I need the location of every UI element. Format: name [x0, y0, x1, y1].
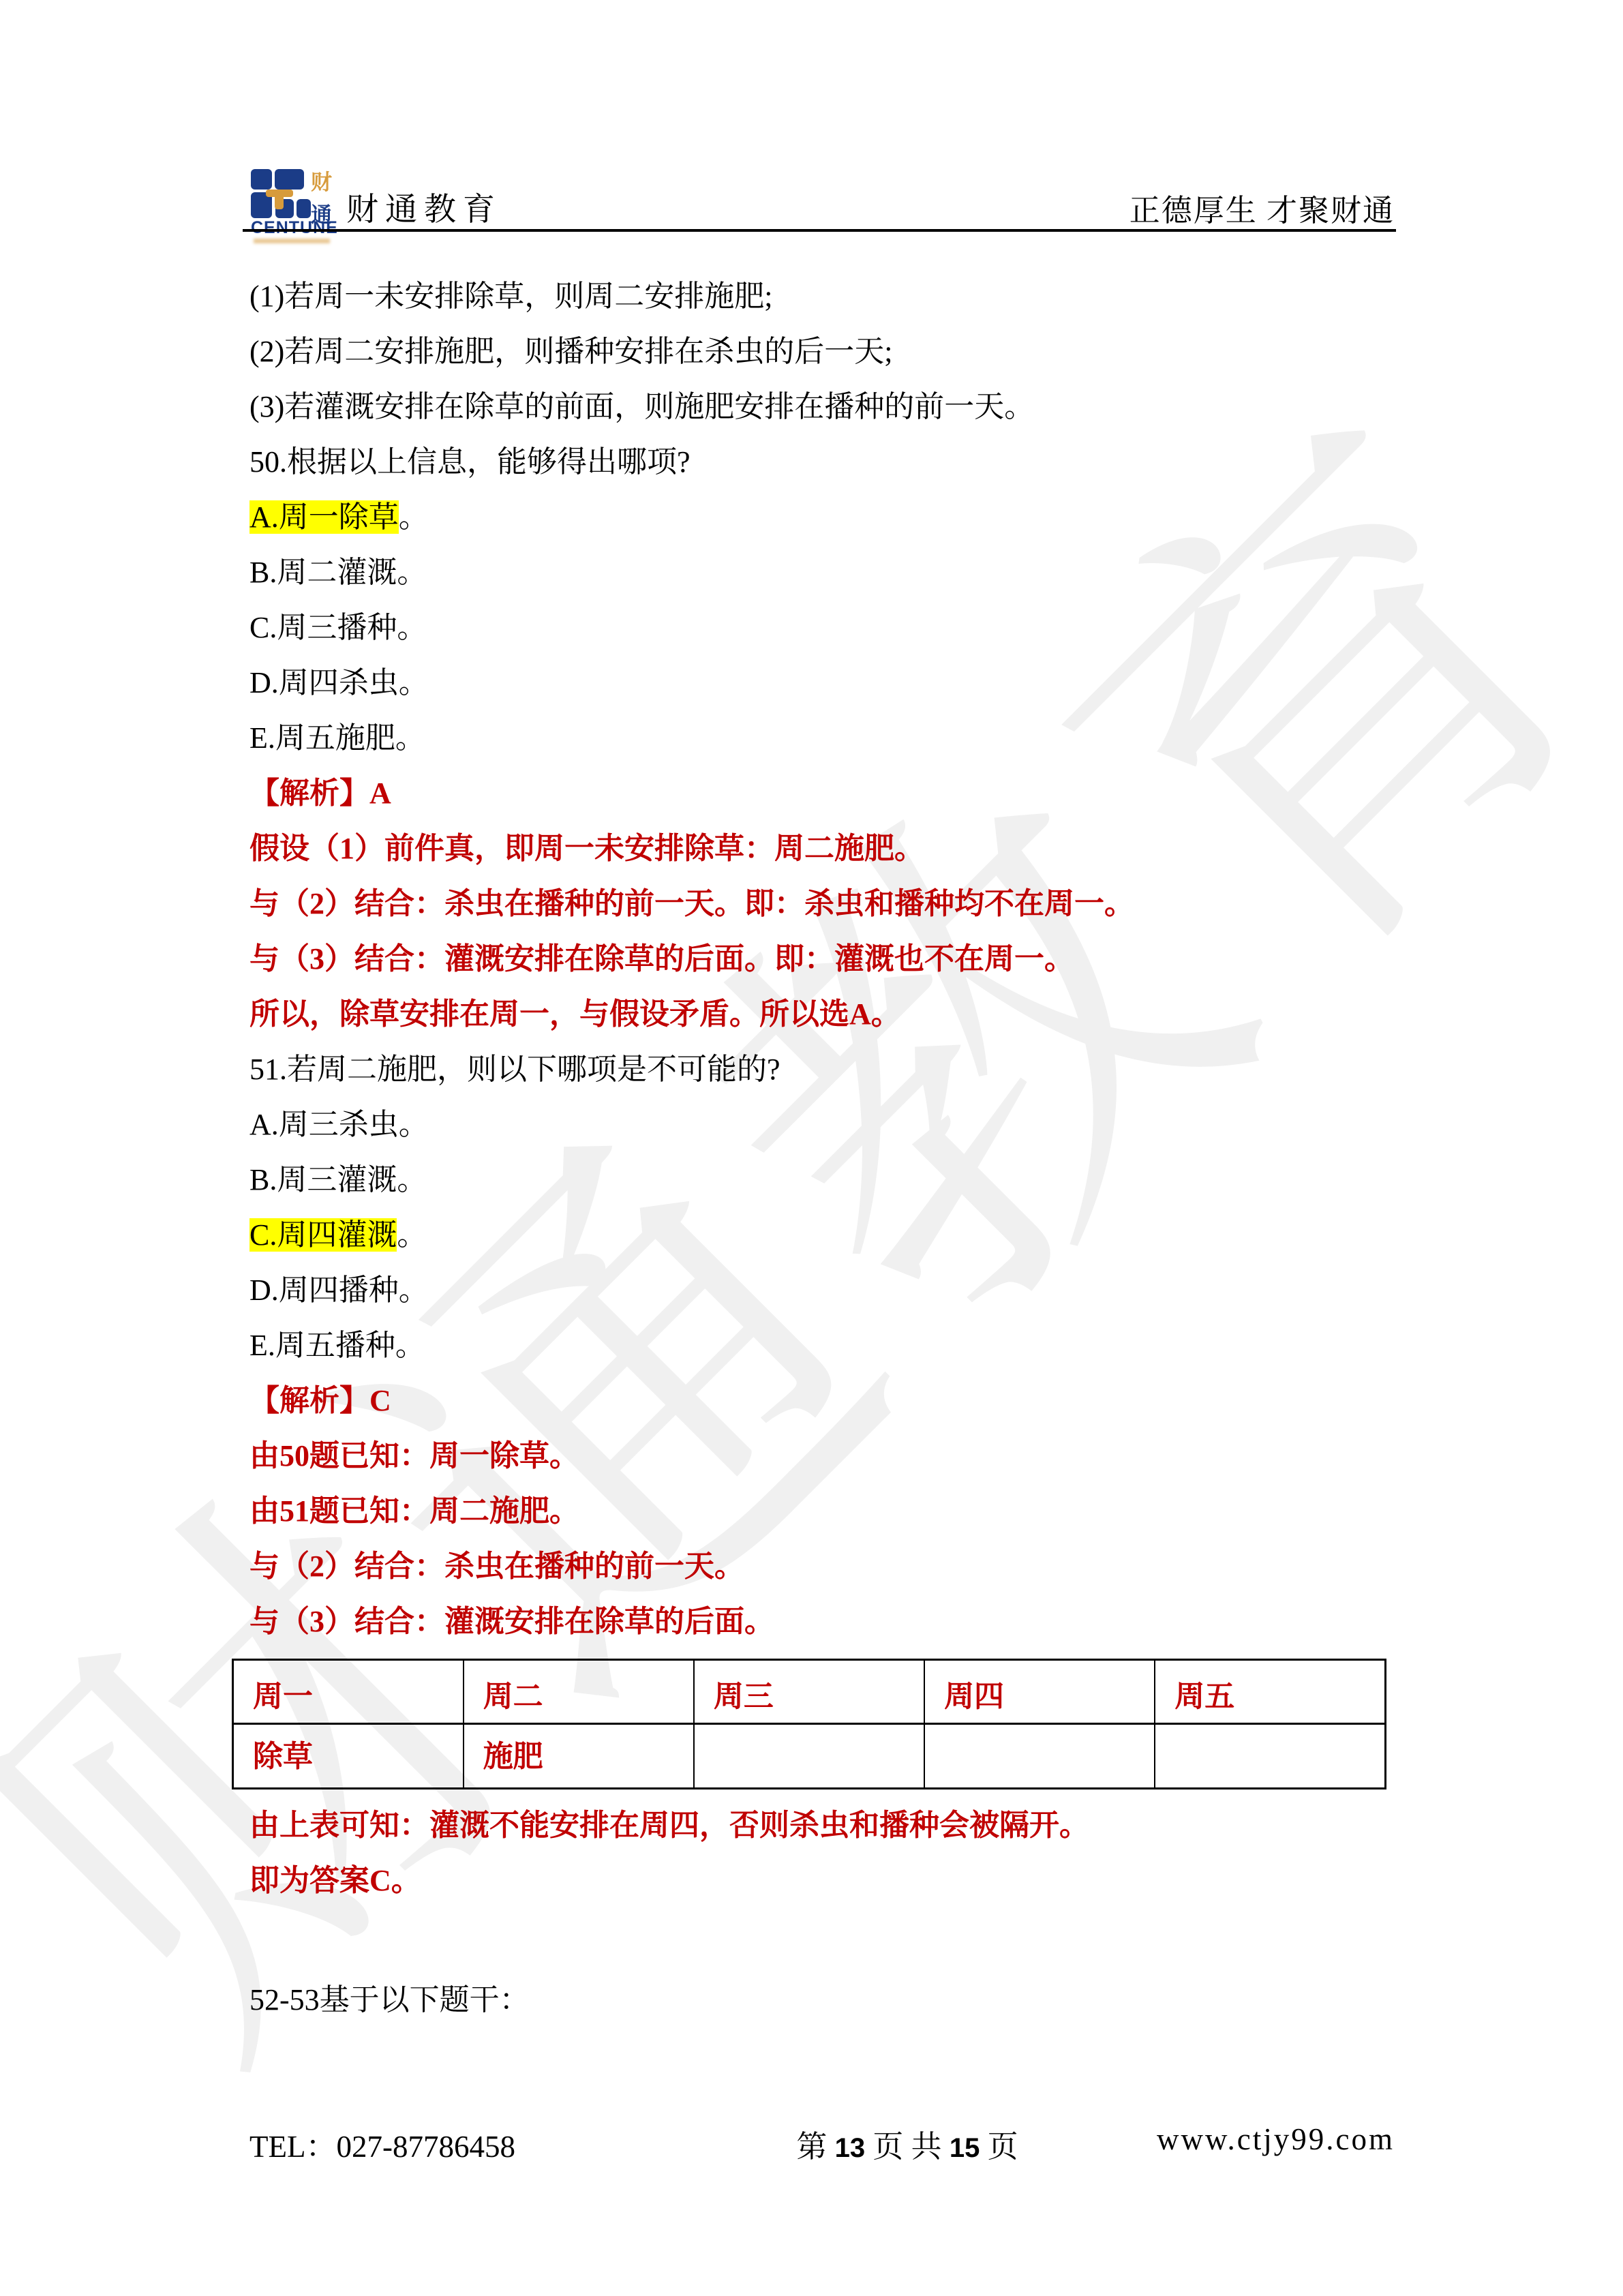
q51-option-c: C.周四灌溉。 [249, 1207, 1401, 1263]
a51-answer: 即为答案C。 [249, 1853, 1401, 1908]
footer-page-middle: 页 共 [865, 2130, 950, 2164]
table-cell-tue: 施肥 [464, 1724, 694, 1789]
table-cell-wed [694, 1724, 924, 1789]
logo-tagline [254, 239, 330, 243]
q51-option-c-period: 。 [397, 1218, 427, 1252]
table-cell-fri [1155, 1724, 1385, 1789]
document-page: 财通教育 财 通 CENTUNE 财通教育 正德厚生 才聚财通 (1)若周一未安… [0, 0, 1623, 2296]
q50-option-e: E.周五施肥。 [249, 710, 1401, 766]
schedule-table-header-row: 周一 周二 周三 周四 周五 [233, 1660, 1386, 1724]
q50-option-a-period: 。 [399, 500, 429, 534]
table-header-thu: 周四 [924, 1660, 1155, 1724]
q50-stem: 50.根据以上信息，能够得出哪项? [249, 434, 1401, 489]
q50-option-b: B.周二灌溉。 [249, 545, 1401, 600]
a51-line-4: 与（3）结合：灌溉安排在除草的后面。 [249, 1594, 1401, 1649]
a50-line-1: 假设（1）前件真，即周一未安排除草：周二施肥。 [249, 821, 1401, 876]
q50-option-a-highlight: A.周一除草 [249, 500, 399, 534]
footer-page-indicator: 第 13 页 共 15 页 [796, 2121, 1018, 2166]
a51-title: 【解析】C [249, 1373, 1401, 1428]
footer-page-current: 13 [835, 2133, 866, 2163]
premise-line-1: (1)若周一未安排除草，则周二安排施肥; [249, 269, 1401, 324]
document-body: (1)若周一未安排除草，则周二安排施肥; (2)若周二安排施肥，则播种安排在杀虫… [249, 269, 1401, 2027]
logo-char-cai: 财 [311, 165, 332, 196]
schedule-table: 周一 周二 周三 周四 周五 除草 施肥 [232, 1659, 1386, 1789]
logo-t-stem-icon [275, 192, 284, 209]
logo-wordmark: CENTUNE [251, 218, 338, 238]
q51-option-e: E.周五播种。 [249, 1318, 1401, 1373]
next-section-label: 52-53基于以下题干： [249, 1972, 1401, 2027]
q50-option-a: A.周一除草。 [249, 489, 1401, 545]
logo-square-top-right [275, 169, 304, 190]
q51-option-d: D.周四播种。 [249, 1263, 1401, 1318]
footer-website: www.ctjy99.com [1157, 2121, 1395, 2157]
a50-line-2: 与（2）结合：杀虫在播种的前一天。即：杀虫和播种均不在周一。 [249, 876, 1401, 931]
footer-tel: TEL：027-87786458 [249, 2121, 515, 2166]
table-header-tue: 周二 [464, 1660, 694, 1724]
q51-stem: 51.若周二施肥，则以下哪项是不可能的? [249, 1042, 1401, 1097]
q51-option-c-highlight: C.周四灌溉 [249, 1218, 397, 1252]
header-slogan: 正德厚生 才聚财通 [1129, 185, 1395, 230]
premise-line-3: (3)若灌溉安排在除草的前面，则施肥安排在播种的前一天。 [249, 379, 1401, 434]
table-header-fri: 周五 [1155, 1660, 1385, 1724]
logo-square-bottom-right [297, 199, 311, 218]
logo-square-top-left [251, 169, 272, 190]
header-divider [243, 229, 1396, 232]
a50-line-4: 所以，除草安排在周一，与假设矛盾。所以选A。 [249, 986, 1401, 1042]
a50-title: 【解析】A [249, 766, 1401, 821]
table-cell-mon: 除草 [233, 1724, 464, 1789]
q50-option-c: C.周三播种。 [249, 600, 1401, 655]
q50-option-d: D.周四杀虫。 [249, 655, 1401, 710]
footer-page-total: 15 [950, 2133, 980, 2163]
footer-page-suffix: 页 [980, 2130, 1018, 2164]
table-cell-thu [924, 1724, 1155, 1789]
a51-line-1: 由50题已知：周一除草。 [249, 1428, 1401, 1483]
q51-option-b: B.周三灌溉。 [249, 1152, 1401, 1207]
footer-page-prefix: 第 [796, 2130, 834, 2164]
brand-title: 财通教育 [346, 184, 502, 230]
premise-line-2: (2)若周二安排施肥，则播种安排在杀虫的后一天; [249, 324, 1401, 379]
a51-line-2: 由51题已知：周二施肥。 [249, 1483, 1401, 1539]
a51-line-3: 与（2）结合：杀虫在播种的前一天。 [249, 1539, 1401, 1594]
a50-line-3: 与（3）结合：灌溉安排在除草的后面。即：灌溉也不在周一。 [249, 931, 1401, 986]
schedule-table-data-row: 除草 施肥 [233, 1724, 1386, 1789]
table-header-wed: 周三 [694, 1660, 924, 1724]
a51-conclusion: 由上表可知：灌溉不能安排在周四，否则杀虫和播种会被隔开。 [249, 1798, 1401, 1853]
page-footer: TEL：027-87786458 第 13 页 共 15 页 www.ctjy9… [249, 2121, 1395, 2162]
table-header-mon: 周一 [233, 1660, 464, 1724]
q51-option-a: A.周三杀虫。 [249, 1097, 1401, 1152]
